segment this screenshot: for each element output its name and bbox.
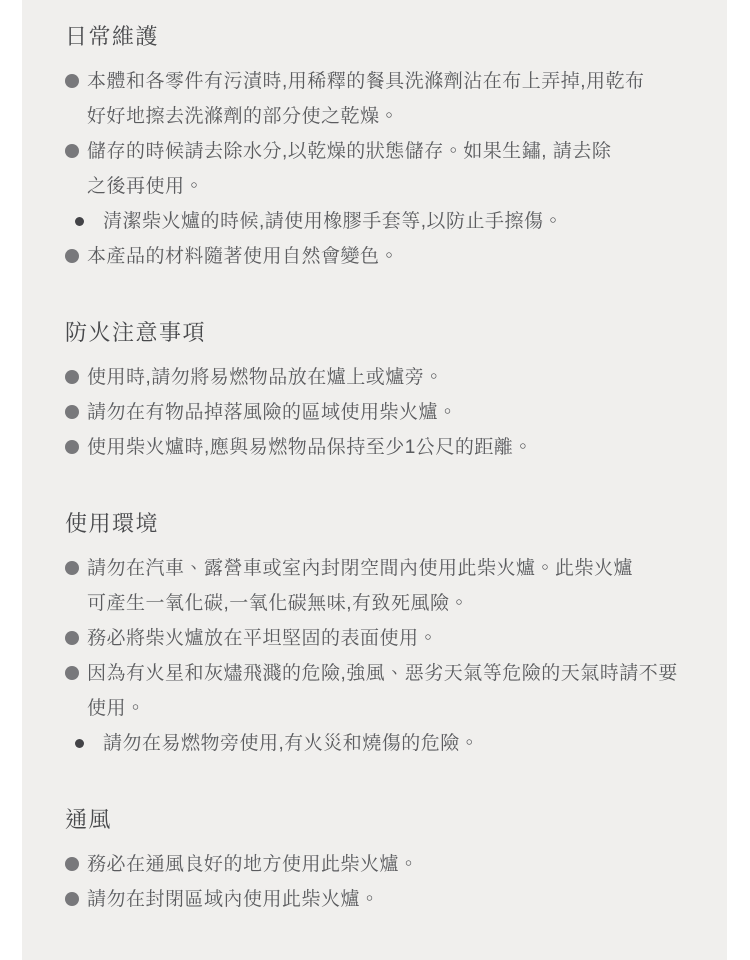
bullet-icon [65,440,79,454]
bullet-icon [65,249,79,263]
list-item-text: 儲存的時候請去除水分,以乾燥的狀態儲存。如果生鏽, 請去除 之後再使用。 [87,134,611,204]
list-item-text: 清潔柴火爐的時候,請使用橡膠手套等,以防止手擦傷。 [103,204,563,239]
section-heading: 通風 [65,805,707,835]
list-item-text: 請勿在封閉區域內使用此柴火爐。 [87,882,380,917]
bullet-icon [75,739,84,748]
list-item: 本體和各零件有污漬時,用稀釋的餐具洗滌劑沾在布上弄掉,用乾布 好好地擦去洗滌劑的… [65,64,707,134]
section-heading: 使用環境 [65,509,707,539]
bullet-list: 使用時,請勿將易燃物品放在爐上或爐旁。請勿在有物品掉落風險的區域使用柴火爐。使用… [65,360,707,465]
bullet-icon [65,666,79,680]
list-item-text: 請勿在汽車、露營車或室內封閉空間內使用此柴火爐。此柴火爐 可產生一氧化碳,一氧化… [87,551,633,621]
list-item: 請勿在有物品掉落風險的區域使用柴火爐。 [65,395,707,430]
section-usage-environment: 使用環境請勿在汽車、露營車或室內封閉空間內使用此柴火爐。此柴火爐 可產生一氧化碳… [65,509,707,761]
bullet-list: 請勿在汽車、露營車或室內封閉空間內使用此柴火爐。此柴火爐 可產生一氧化碳,一氧化… [65,551,707,761]
list-item-text: 本體和各零件有污漬時,用稀釋的餐具洗滌劑沾在布上弄掉,用乾布 好好地擦去洗滌劑的… [87,64,645,134]
bullet-icon [65,74,79,88]
list-item: 本產品的材料隨著使用自然會變色。 [65,239,707,274]
list-item-text: 本產品的材料隨著使用自然會變色。 [87,239,399,274]
section-fire-precautions: 防火注意事項使用時,請勿將易燃物品放在爐上或爐旁。請勿在有物品掉落風險的區域使用… [65,318,707,465]
list-item-text: 請勿在易燃物旁使用,有火災和燒傷的危險。 [103,726,479,761]
list-item-text: 務必在通風良好的地方使用此柴火爐。 [87,847,419,882]
section-daily-maintenance: 日常維護本體和各零件有污漬時,用稀釋的餐具洗滌劑沾在布上弄掉,用乾布 好好地擦去… [65,22,707,274]
bullet-icon [65,370,79,384]
bullet-icon [65,631,79,645]
section-heading: 日常維護 [65,22,707,52]
section-heading: 防火注意事項 [65,318,707,348]
list-item: 務必將柴火爐放在平坦堅固的表面使用。 [65,621,707,656]
list-item-text: 因為有火星和灰燼飛濺的危險,強風、惡劣天氣等危險的天氣時請不要 使用。 [87,656,678,726]
list-item: 清潔柴火爐的時候,請使用橡膠手套等,以防止手擦傷。 [65,204,707,239]
bullet-icon [65,144,79,158]
list-item: 儲存的時候請去除水分,以乾燥的狀態儲存。如果生鏽, 請去除 之後再使用。 [65,134,707,204]
bullet-icon [65,405,79,419]
list-item-text: 使用柴火爐時,應與易燃物品保持至少1公尺的距離。 [87,430,533,465]
section-ventilation: 通風務必在通風良好的地方使用此柴火爐。請勿在封閉區域內使用此柴火爐。 [65,805,707,917]
bullet-icon [75,217,84,226]
list-item-text: 務必將柴火爐放在平坦堅固的表面使用。 [87,621,438,656]
bullet-icon [65,892,79,906]
care-instructions-document: 日常維護本體和各零件有污漬時,用稀釋的餐具洗滌劑沾在布上弄掉,用乾布 好好地擦去… [22,0,727,960]
bullet-icon [65,561,79,575]
list-item: 因為有火星和灰燼飛濺的危險,強風、惡劣天氣等危險的天氣時請不要 使用。 [65,656,707,726]
list-item: 務必在通風良好的地方使用此柴火爐。 [65,847,707,882]
bullet-icon [65,857,79,871]
list-item-text: 使用時,請勿將易燃物品放在爐上或爐旁。 [87,360,444,395]
list-item: 使用柴火爐時,應與易燃物品保持至少1公尺的距離。 [65,430,707,465]
list-item: 使用時,請勿將易燃物品放在爐上或爐旁。 [65,360,707,395]
bullet-list: 務必在通風良好的地方使用此柴火爐。請勿在封閉區域內使用此柴火爐。 [65,847,707,917]
bullet-list: 本體和各零件有污漬時,用稀釋的餐具洗滌劑沾在布上弄掉,用乾布 好好地擦去洗滌劑的… [65,64,707,274]
list-item: 請勿在封閉區域內使用此柴火爐。 [65,882,707,917]
list-item: 請勿在易燃物旁使用,有火災和燒傷的危險。 [65,726,707,761]
list-item-text: 請勿在有物品掉落風險的區域使用柴火爐。 [87,395,458,430]
list-item: 請勿在汽車、露營車或室內封閉空間內使用此柴火爐。此柴火爐 可產生一氧化碳,一氧化… [65,551,707,621]
